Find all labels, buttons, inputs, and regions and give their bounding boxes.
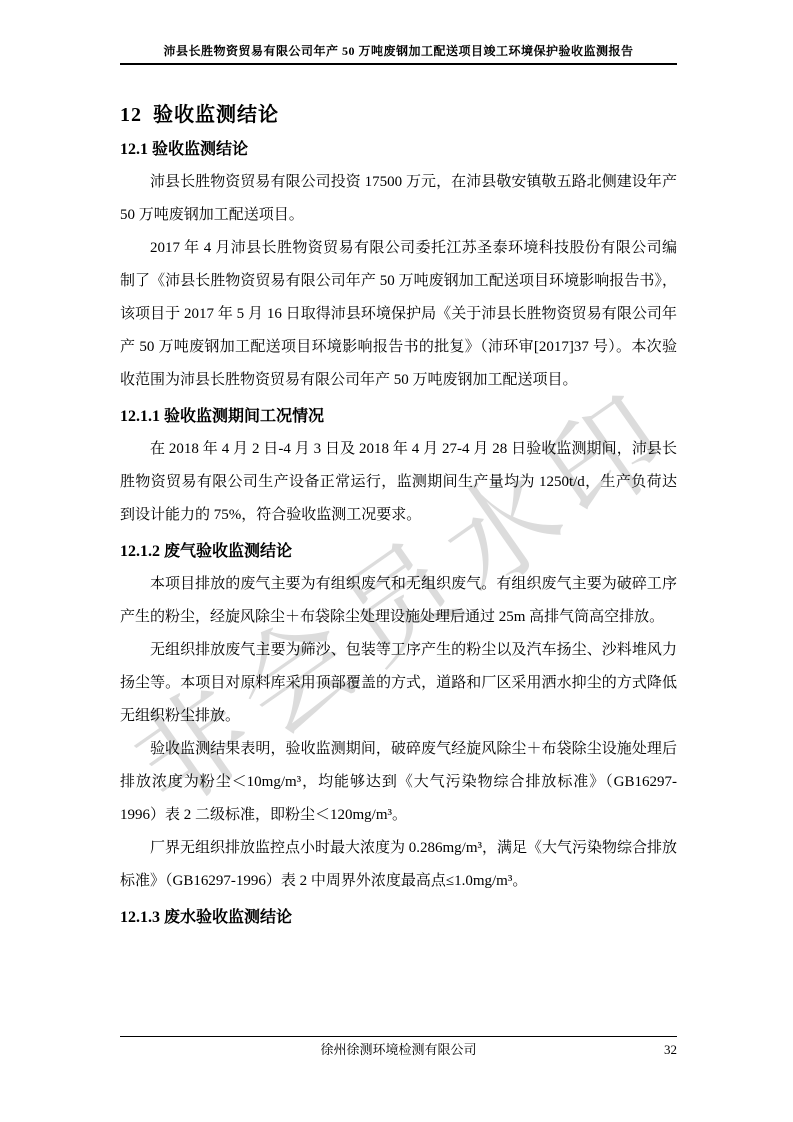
paragraph: 沛县长胜物资贸易有限公司投资 17500 万元，在沛县敬安镇敬五路北侧建设年产 … <box>120 166 677 232</box>
footer-company-name: 徐州徐测环境检测有限公司 <box>120 1042 677 1058</box>
page-footer: 徐州徐测环境检测有限公司 32 <box>120 1036 677 1058</box>
paragraph: 无组织排放废气主要为筛沙、包装等工序产生的粉尘以及汽车扬尘、沙料堆风力扬尘等。本… <box>120 634 677 733</box>
report-page: 非会员水印 沛县长胜物资贸易有限公司年产 50 万吨废钢加工配送项目竣工环境保护… <box>0 0 793 1122</box>
page-number: 32 <box>664 1042 677 1058</box>
section-heading-12-1-1: 12.1.1 验收监测期间工况情况 <box>120 400 677 433</box>
page-header-title: 沛县长胜物资贸易有限公司年产 50 万吨废钢加工配送项目竣工环境保护验收监测报告 <box>120 44 677 65</box>
section-heading-12-1-3: 12.1.3 废水验收监测结论 <box>120 901 677 934</box>
paragraph: 厂界无组织排放监控点小时最大浓度为 0.286mg/m³，满足《大气污染物综合排… <box>120 832 677 898</box>
page-body: 12 验收监测结论 12.1 验收监测结论 沛县长胜物资贸易有限公司投资 175… <box>120 63 677 934</box>
section-heading-12-1: 12.1 验收监测结论 <box>120 140 677 160</box>
chapter-heading: 12 验收监测结论 <box>120 103 677 127</box>
paragraph: 本项目排放的废气主要为有组织废气和无组织废气。有组织废气主要为破碎工序产生的粉尘… <box>120 568 677 634</box>
section-heading-12-1-2: 12.1.2 废气验收监测结论 <box>120 535 677 568</box>
paragraph: 验收监测结果表明，验收监测期间，破碎废气经旋风除尘＋布袋除尘设施处理后排放浓度为… <box>120 733 677 832</box>
paragraph: 在 2018 年 4 月 2 日-4 月 3 日及 2018 年 4 月 27-… <box>120 433 677 532</box>
paragraph: 2017 年 4 月沛县长胜物资贸易有限公司委托江苏圣泰环境科技股份有限公司编制… <box>120 232 677 397</box>
